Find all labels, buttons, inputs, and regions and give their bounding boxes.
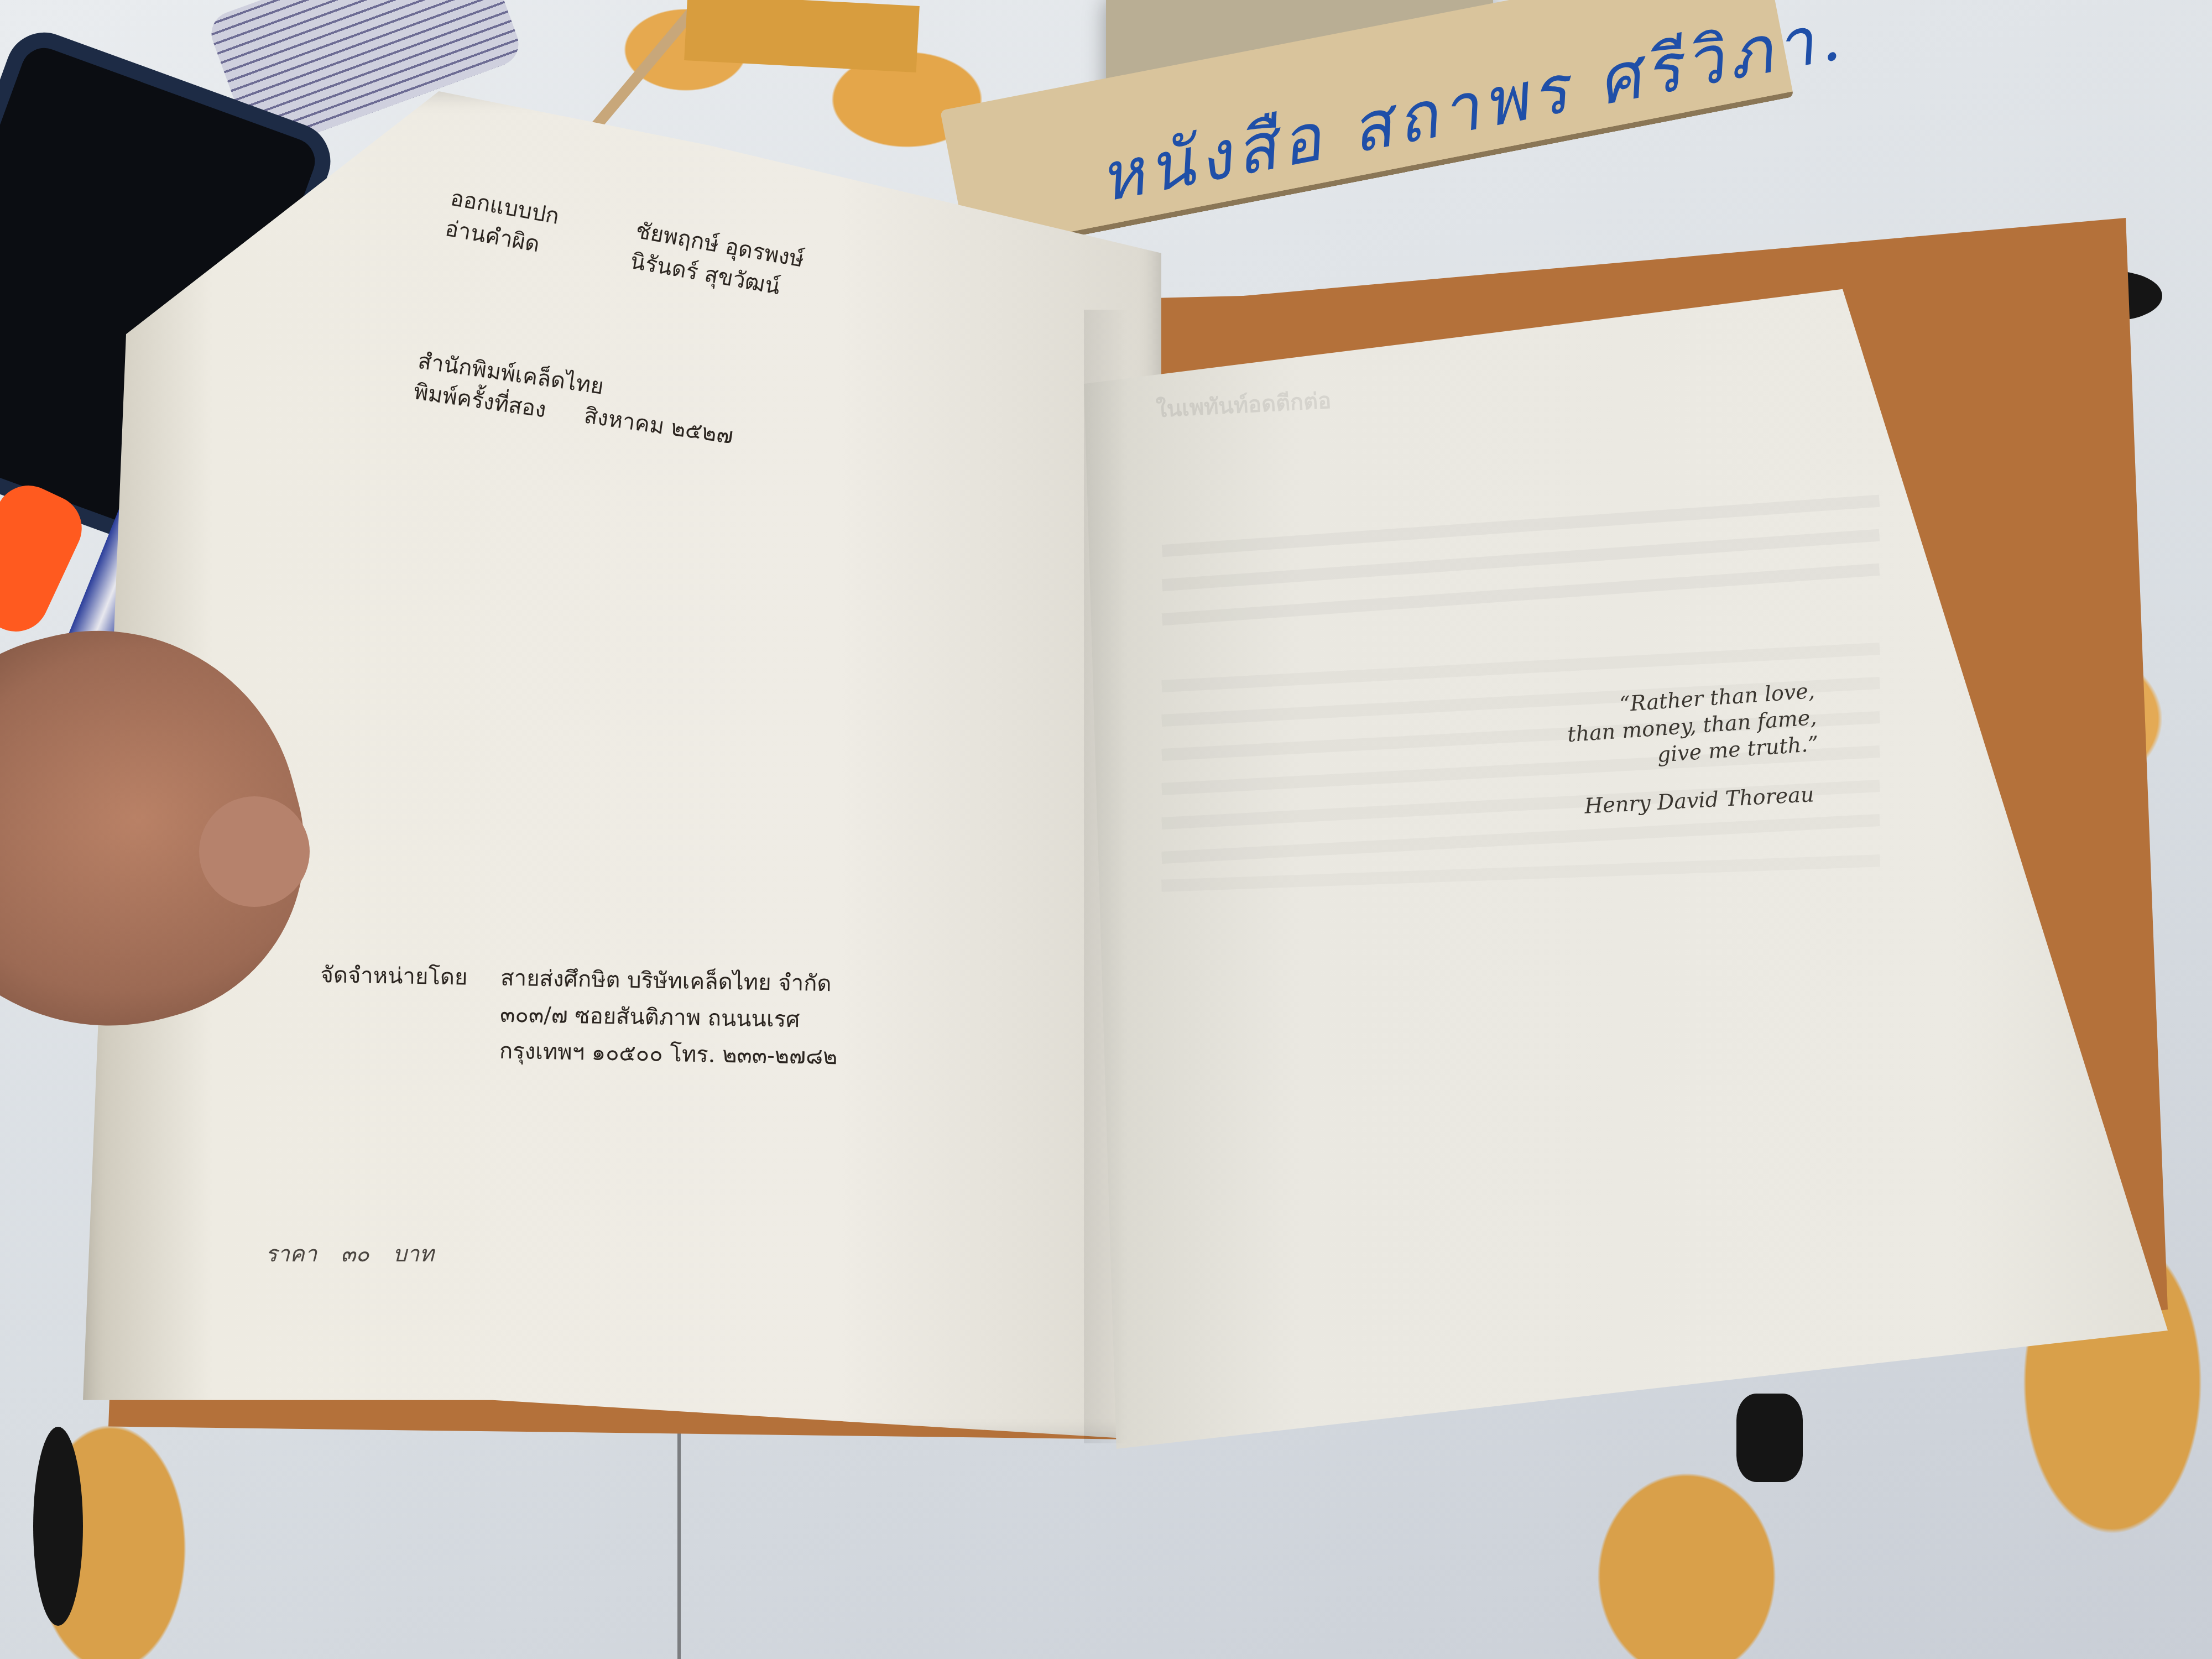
koi-spot: [33, 1427, 83, 1626]
photo-scene: หนังสือ สถาพร ศรีวิภา. ออกแบบปก ชัยพฤกษ์…: [0, 0, 2212, 1659]
cardboard-piece: [684, 0, 920, 72]
book-gutter: [1084, 310, 1128, 1443]
distribution-line: กรุงเทพฯ ๑๐๕๐๐ โทร. ๒๓๓-๒๗๘๒: [499, 1036, 837, 1073]
distribution-line: สายส่งศึกษิต บริษัทเคล็ดไทย จำกัด: [500, 963, 839, 1000]
distribution-label: จัดจำหน่ายโดย: [319, 959, 468, 1066]
thumb: [199, 796, 310, 907]
distribution-block: จัดจำหน่ายโดย สายส่งศึกษิต บริษัทเคล็ดไท…: [319, 959, 839, 1072]
price: ราคา ๓๐ บาท: [265, 1239, 434, 1270]
tile-seam: [677, 1410, 681, 1659]
distribution-line: ๓๐๓/๗ ซอยสันติภาพ ถนนนเรศ: [500, 999, 838, 1036]
koi-spot: [1736, 1394, 1803, 1482]
